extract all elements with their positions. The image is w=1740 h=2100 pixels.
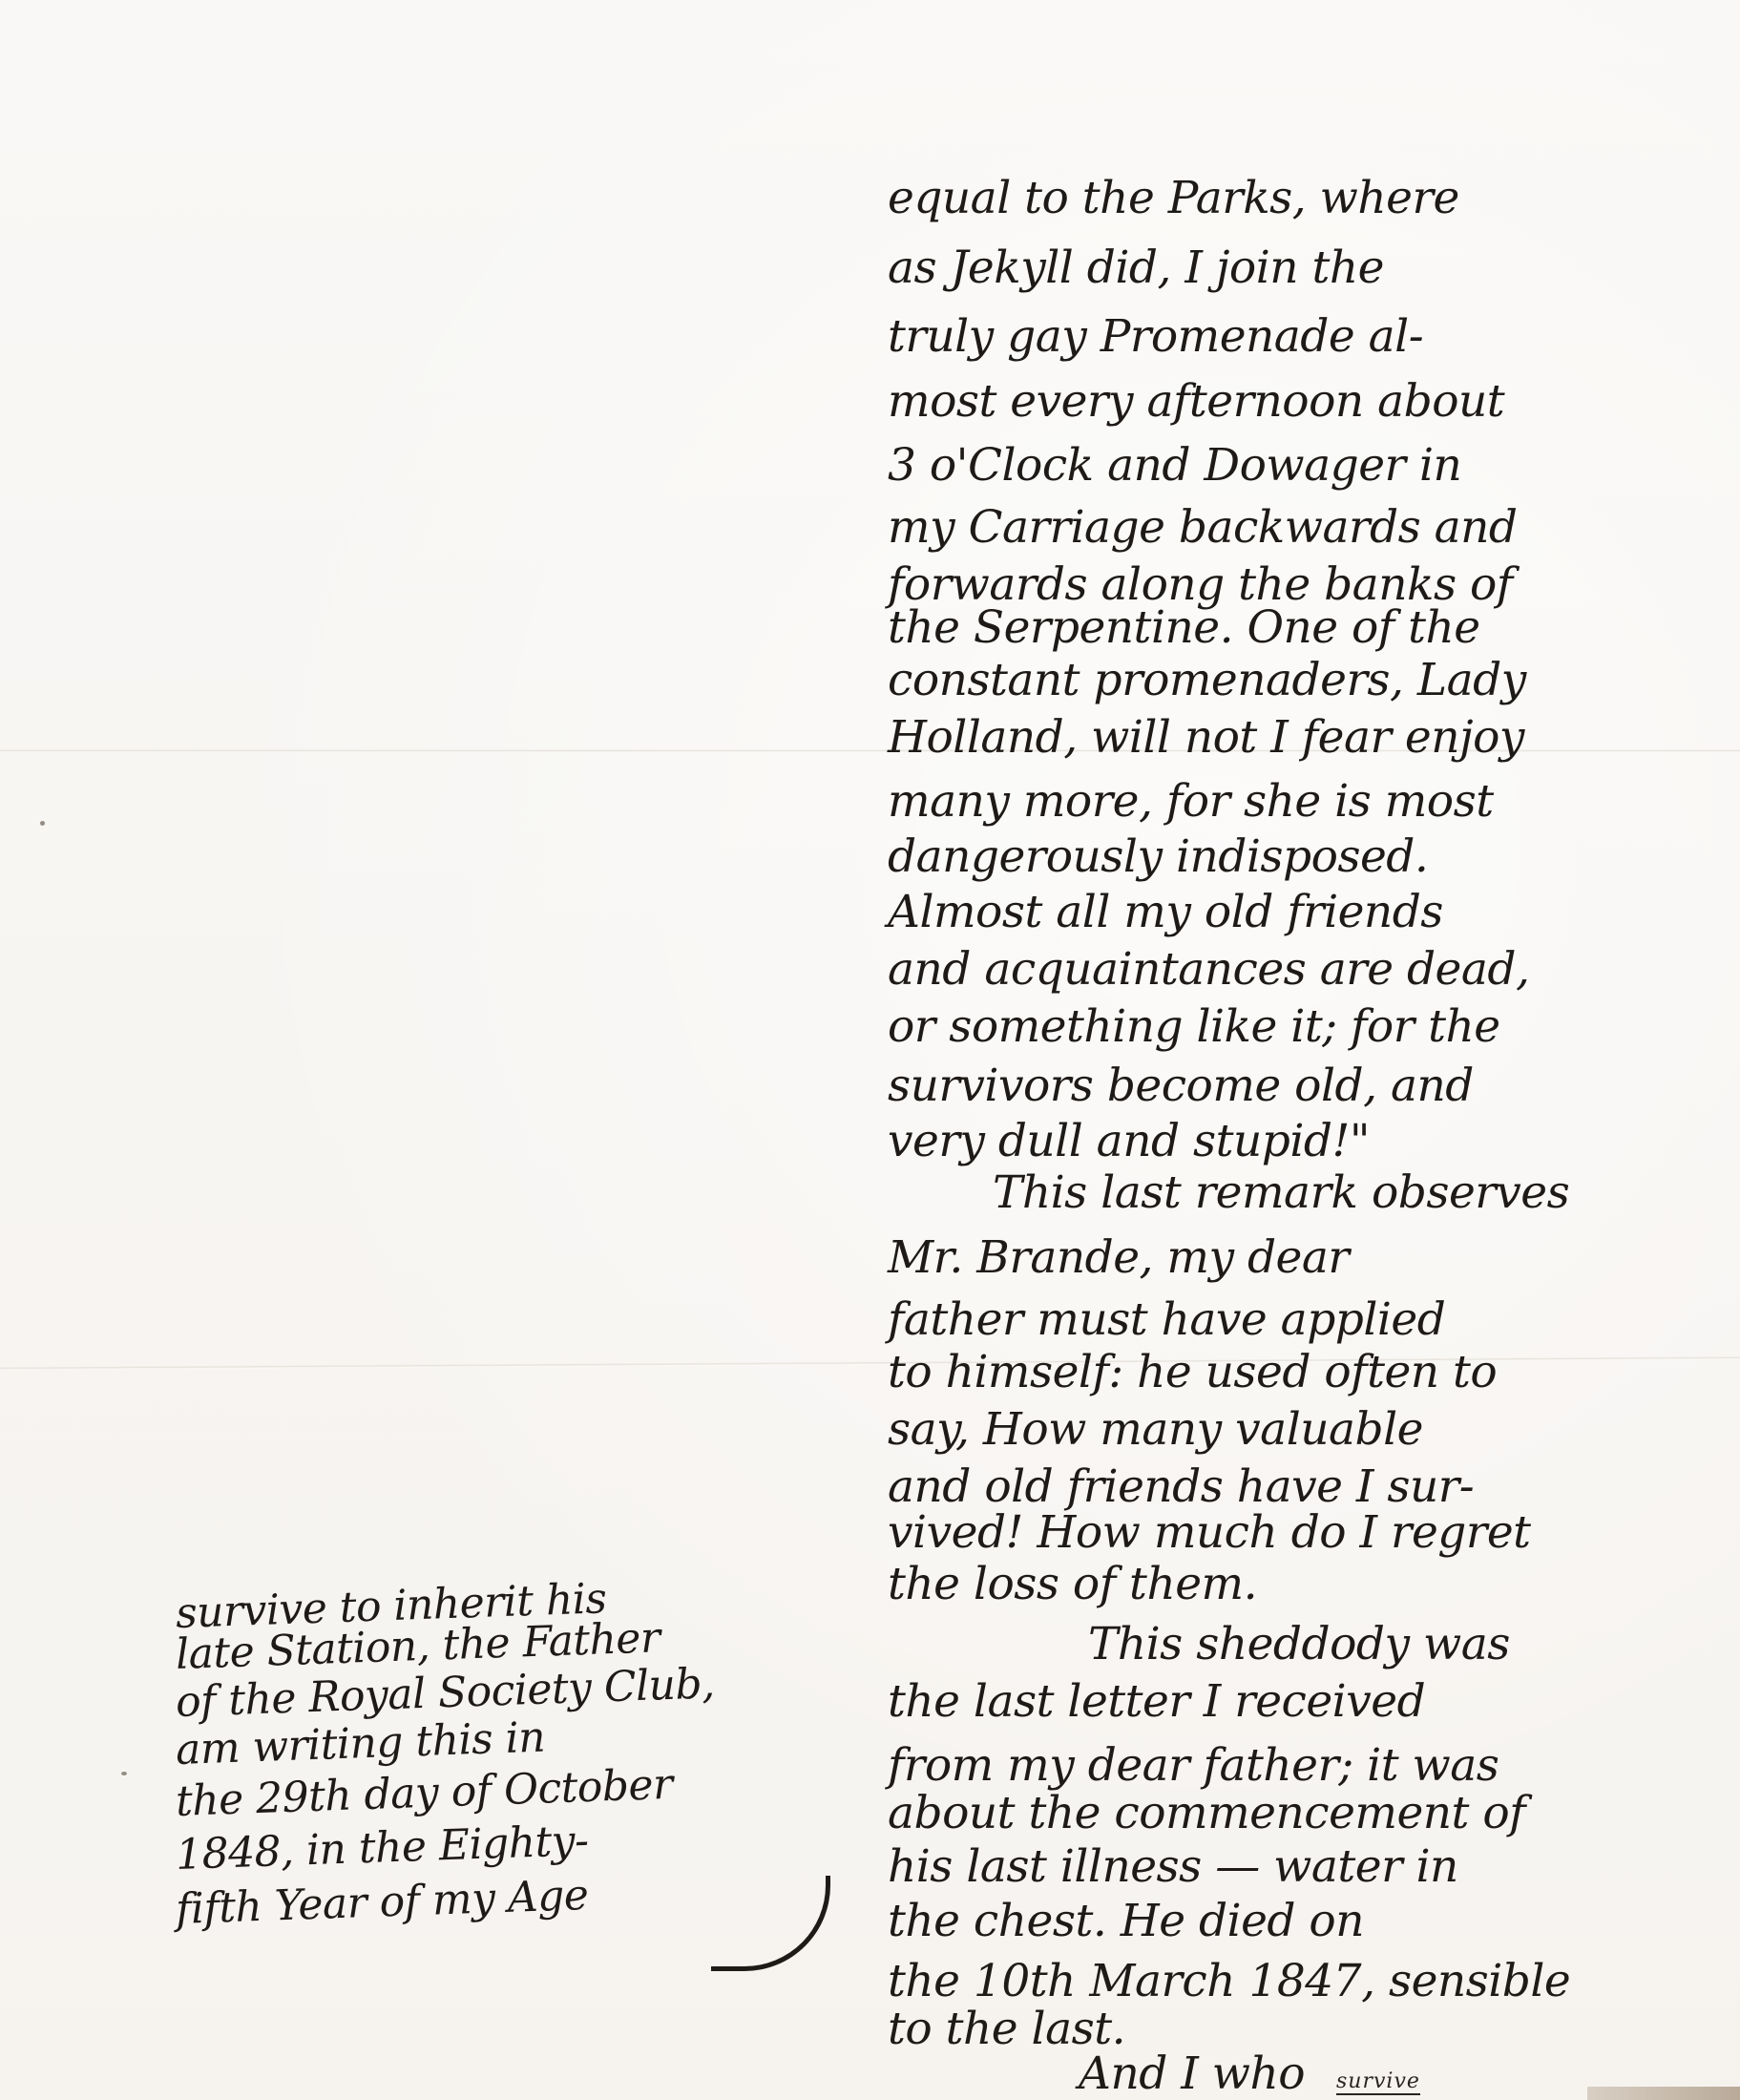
handwritten-line: most every afternoon about	[888, 375, 1504, 428]
handwritten-line: the chest. He died on	[888, 1895, 1364, 1947]
handwritten-line: many more, for she is most	[888, 775, 1494, 828]
handwritten-line: to himself: he used often to	[888, 1346, 1497, 1398]
left-column-text: survive to inherit his late Station, the…	[177, 0, 826, 2100]
handwritten-line: Almost all my old friends	[888, 886, 1443, 938]
handwritten-line: say, How many valuable	[888, 1403, 1423, 1456]
page-corner-edge	[1587, 2087, 1740, 2100]
right-column-text: equal to the Parks, where as Jekyll did,…	[888, 0, 1728, 2100]
paper-speck	[121, 1772, 127, 1775]
catchword: survive	[1336, 2069, 1420, 2095]
handwritten-line: constant promenaders, Lady	[888, 654, 1526, 706]
handwritten-line: the last letter I received	[888, 1675, 1425, 1728]
handwritten-line: vived! How much do I regret	[888, 1506, 1531, 1559]
handwritten-line: the loss of them.	[888, 1558, 1257, 1610]
handwritten-line: Holland, will not I fear enjoy	[888, 711, 1524, 764]
handwritten-line: survivors become old, and	[888, 1060, 1474, 1112]
handwritten-line: and acquaintances are dead,	[888, 943, 1529, 996]
handwritten-line: equal to the Parks, where	[888, 172, 1459, 224]
handwritten-line: the Serpentine. One of the	[888, 601, 1480, 654]
handwritten-line: This last remark observes	[888, 1166, 1569, 1219]
handwritten-line: 1848, in the Eighty-	[175, 1816, 589, 1879]
handwritten-line: my Carriage backwards and	[888, 501, 1518, 554]
handwritten-line: or something like it; for the	[888, 1000, 1500, 1053]
handwritten-line: very dull and stupid!"	[888, 1115, 1370, 1167]
handwritten-line: as Jekyll did, I join the	[888, 241, 1384, 294]
handwritten-line: the 10th March 1847, sensible	[888, 1955, 1570, 2007]
handwritten-line: Mr. Brande, my dear	[888, 1231, 1349, 1284]
handwritten-line: his last illness — water in	[888, 1840, 1458, 1893]
signature-flourish	[711, 1876, 830, 1971]
handwritten-line: fifth Year of my Age	[175, 1871, 589, 1934]
handwritten-line: truly gay Promenade al-	[888, 310, 1423, 363]
paper-speck	[40, 821, 45, 826]
handwritten-line: 3 o'Clock and Dowager in	[888, 439, 1461, 492]
handwritten-line: and old friends have I sur-	[888, 1460, 1474, 1513]
handwritten-line: about the commencement of	[888, 1787, 1525, 1839]
handwritten-line: And I who	[888, 2047, 1305, 2100]
handwritten-line: father must have applied	[888, 1293, 1445, 1346]
handwritten-line: from my dear father; it was	[888, 1739, 1499, 1792]
handwritten-line: This sheddody was	[888, 1618, 1510, 1670]
handwritten-line: dangerously indisposed.	[888, 830, 1428, 883]
